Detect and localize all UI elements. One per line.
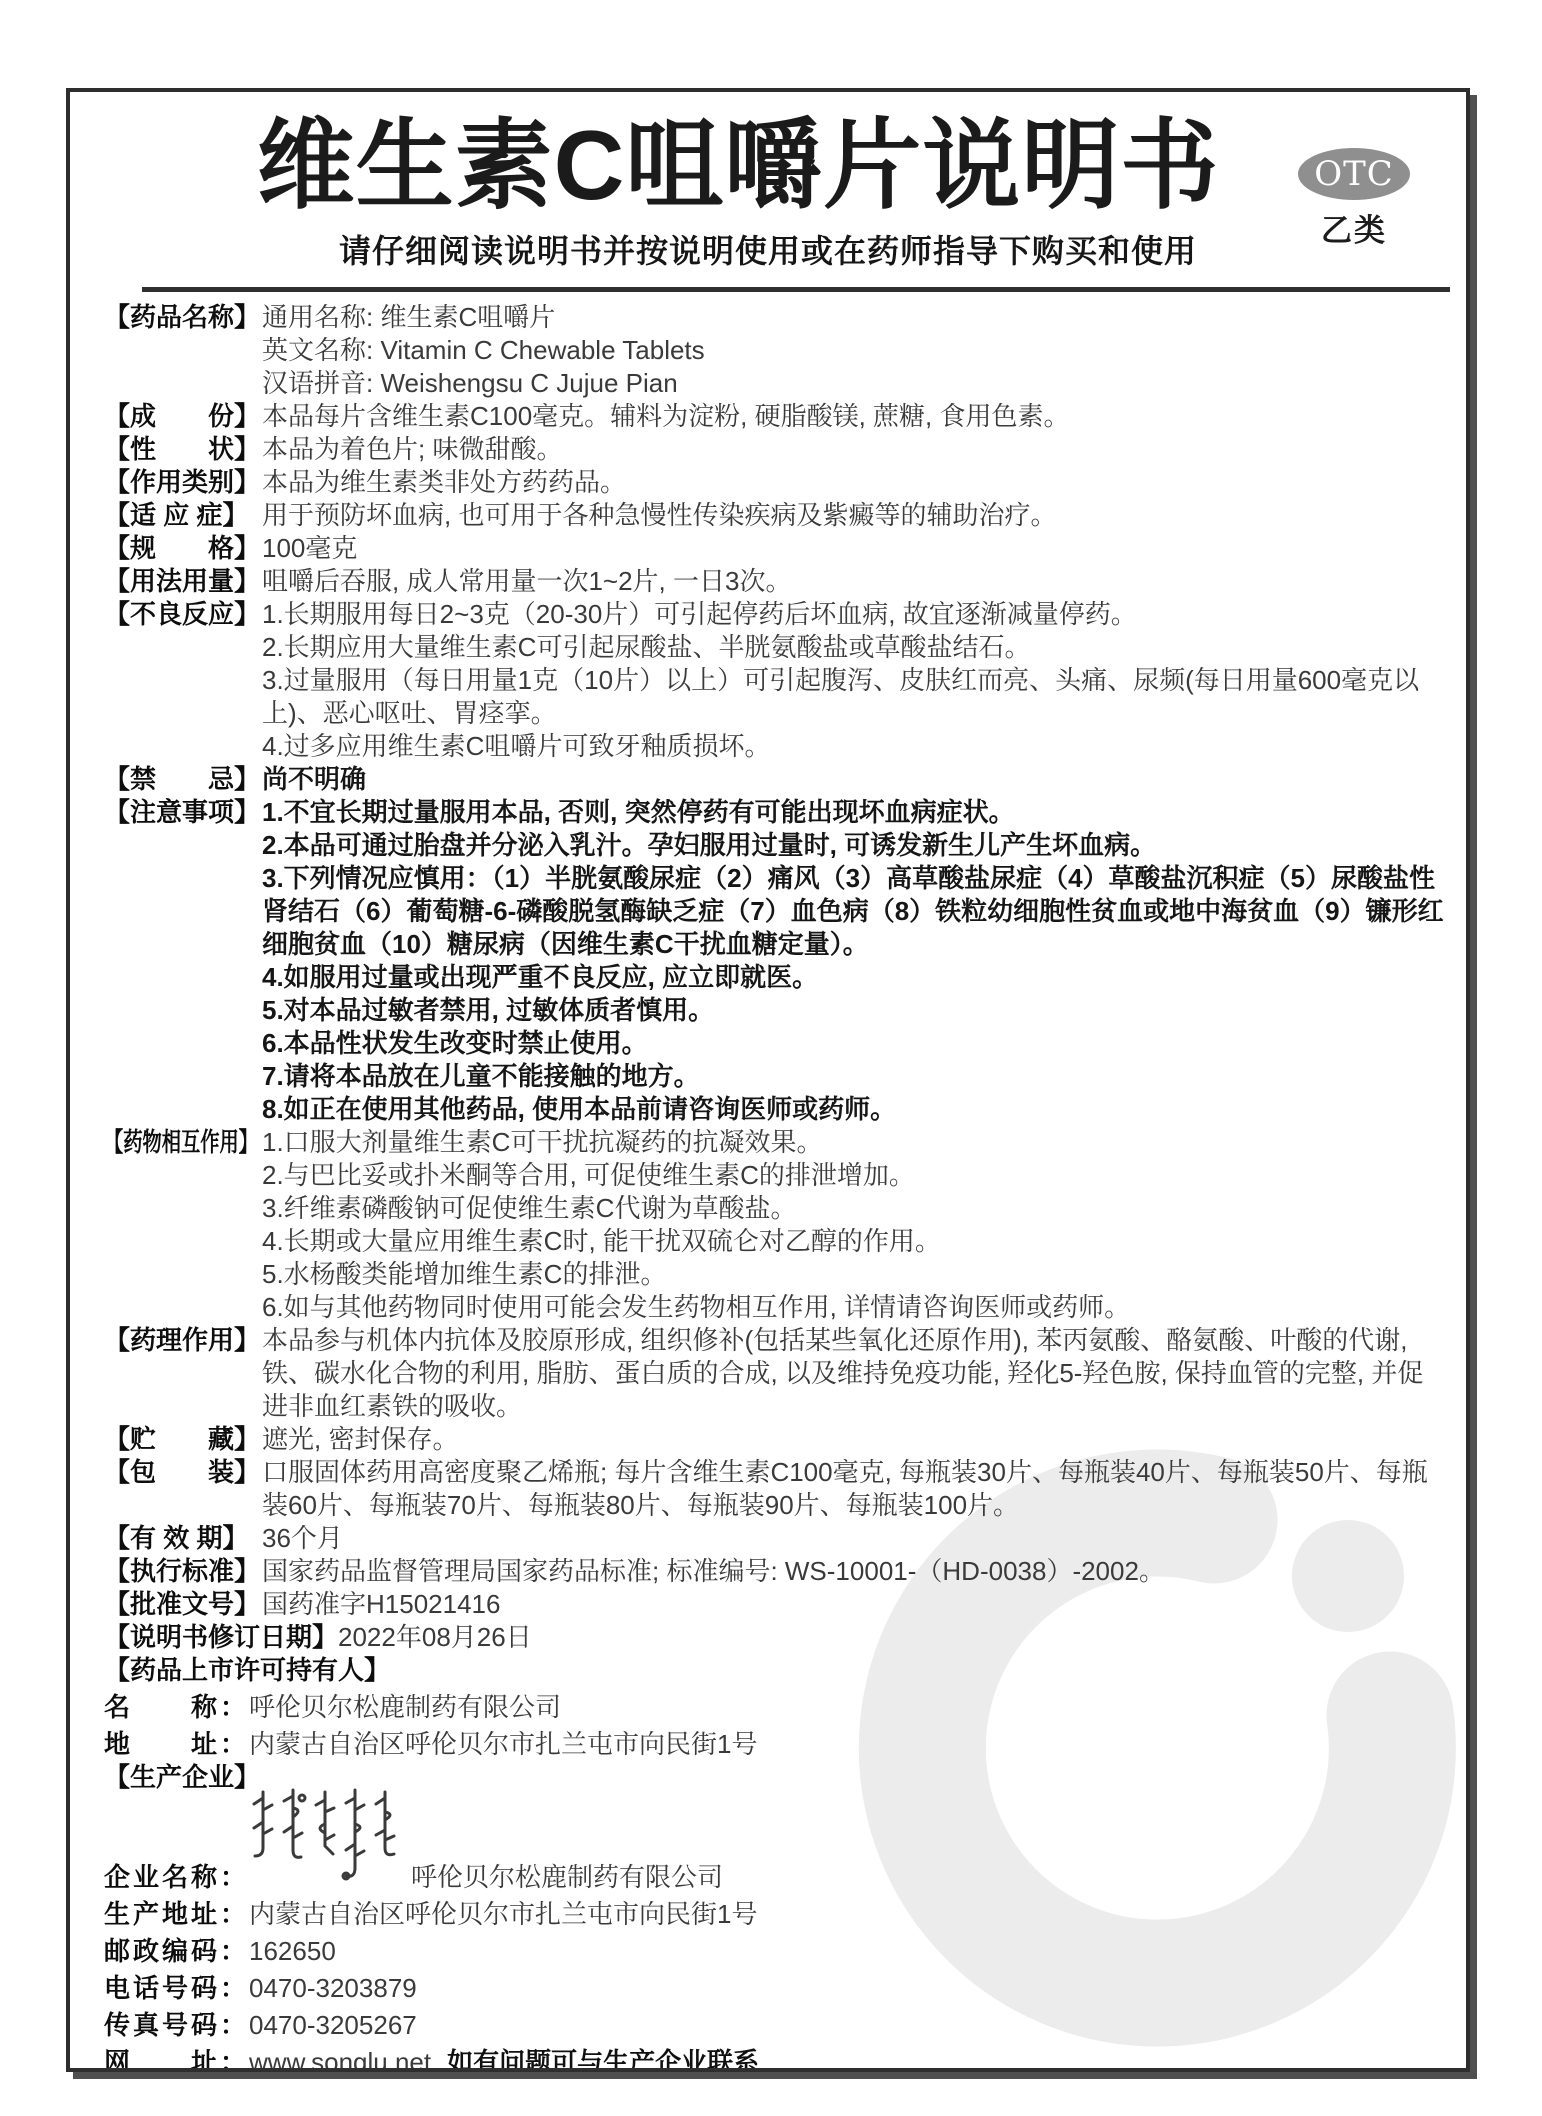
section-row: 【包 装】口服固体药用高密度聚乙烯瓶; 每片含维生素C100毫克, 每瓶装30片… xyxy=(104,1456,1448,1522)
section-content: 36个月 xyxy=(262,1522,1448,1555)
section-line: 6.如与其他药物同时使用可能会发生药物相互作用, 详情请咨询医师或药师。 xyxy=(262,1291,1448,1324)
contact-row: 地 址：内蒙古自治区呼伦贝尔市扎兰屯市向民街1号 xyxy=(104,1728,1448,1761)
section-line: 尚不明确 xyxy=(262,763,1448,796)
section-content: 本品为维生素类非处方药药品。 xyxy=(262,466,1448,499)
otc-class-label: 乙类 xyxy=(1296,205,1412,250)
section-content: 通用名称: 维生素C咀嚼片英文名称: Vitamin C Chewable Ta… xyxy=(262,301,1448,400)
otc-label: OTC xyxy=(1314,154,1394,194)
section-label: 【药品名称】 xyxy=(104,301,262,400)
contact-row: 生产地址：内蒙古自治区呼伦贝尔市扎兰屯市向民街1号 xyxy=(104,1898,1448,1931)
section-line: 100毫克 xyxy=(262,532,1448,565)
sections: 【药品名称】通用名称: 维生素C咀嚼片英文名称: Vitamin C Chewa… xyxy=(70,292,1466,2072)
section-line: 8.如正在使用其他药品, 使用本品前请咨询医师或药师。 xyxy=(262,1093,1448,1126)
section-line: 3.过量服用（每日用量1克（10片）以上）可引起腹泻、皮肤红而亮、头痛、尿频(每… xyxy=(262,664,1448,730)
section-line: 2.与巴比妥或扑米酮等合用, 可促使维生素C的排泄增加。 xyxy=(262,1159,1448,1192)
section-label: 【适 应 症】 xyxy=(104,499,262,532)
section-label: 【规 格】 xyxy=(104,532,262,565)
section-content: 1.不宜长期过量服用本品, 否则, 突然停药有可能出现坏血病症状。2.本品可通过… xyxy=(262,796,1448,1126)
section-line: 1.长期服用每日2~3克（20-30片）可引起停药后坏血病, 故宜逐渐减量停药。 xyxy=(262,598,1448,631)
section-line: 7.请将本品放在儿童不能接触的地方。 xyxy=(262,1060,1448,1093)
section-line: 遮光, 密封保存。 xyxy=(262,1423,1448,1456)
section-label: 【药品上市许可持有人】 xyxy=(104,1655,390,1685)
contact-value: 内蒙古自治区呼伦贝尔市扎兰屯市向民街1号 xyxy=(249,1728,757,1761)
contact-value: 0470-3205267 xyxy=(249,2009,417,2042)
section-row: 【药品名称】通用名称: 维生素C咀嚼片英文名称: Vitamin C Chewa… xyxy=(104,301,1448,400)
contact-label: 企业名称： xyxy=(104,1861,249,1894)
section-heading: 【药品上市许可持有人】 xyxy=(104,1654,1448,1687)
section-line: 3.下列情况应慎用：（1）半胱氨酸尿症（2）痛风（3）高草酸盐尿症（4）草酸盐沉… xyxy=(262,862,1448,961)
contact-label: 邮政编码： xyxy=(104,1935,249,1968)
section-row: 【药理作用】本品参与机体内抗体及胶原形成, 组织修补(包括某些氧化还原作用), … xyxy=(104,1324,1448,1423)
section-line: 本品每片含维生素C100毫克。辅料为淀粉, 硬脂酸镁, 蔗糖, 食用色素。 xyxy=(262,400,1448,433)
subtitle: 请仔细阅读说明书并按说明使用或在药师指导下购买和使用 xyxy=(70,226,1466,272)
section-row: 【贮 藏】遮光, 密封保存。 xyxy=(104,1423,1448,1456)
section-line: 汉语拼音: Weishengsu C Jujue Pian xyxy=(262,367,1448,400)
section-row: 【作用类别】本品为维生素类非处方药药品。 xyxy=(104,466,1448,499)
section-line: 2.长期应用大量维生素C可引起尿酸盐、半胱氨酸盐或草酸盐结石。 xyxy=(262,631,1448,664)
contact-note: 如有问题可与生产企业联系 xyxy=(447,2046,759,2072)
section-line: 国家药品监督管理局国家药品标准; 标准编号: WS-10001-（HD-0038… xyxy=(262,1555,1448,1588)
section-row: 【注意事项】1.不宜长期过量服用本品, 否则, 突然停药有可能出现坏血病症状。2… xyxy=(104,796,1448,1126)
section-label: 【批准文号】 xyxy=(104,1588,262,1621)
section-row: 【规 格】100毫克 xyxy=(104,532,1448,565)
section-content: 1.口服大剂量维生素C可干扰抗凝药的抗凝效果。2.与巴比妥或扑米酮等合用, 可促… xyxy=(262,1126,1448,1324)
contact-row: 邮政编码：162650 xyxy=(104,1935,1448,1968)
section-content: 尚不明确 xyxy=(262,763,1448,796)
section-row: 【用法用量】咀嚼后吞服, 成人常用量一次1~2片, 一日3次。 xyxy=(104,565,1448,598)
section-line: 36个月 xyxy=(262,1522,1448,1555)
contact-row: 名 称：呼伦贝尔松鹿制药有限公司 xyxy=(104,1691,1448,1724)
section-line: 咀嚼后吞服, 成人常用量一次1~2片, 一日3次。 xyxy=(262,565,1448,598)
section-line: 英文名称: Vitamin C Chewable Tablets xyxy=(262,334,1448,367)
section-label: 【包 装】 xyxy=(104,1456,262,1522)
section-content: 1.长期服用每日2~3克（20-30片）可引起停药后坏血病, 故宜逐渐减量停药。… xyxy=(262,598,1448,763)
section-row: 【禁 忌】尚不明确 xyxy=(104,763,1448,796)
section-value: 2022年08月26日 xyxy=(338,1622,532,1652)
section-content: 咀嚼后吞服, 成人常用量一次1~2片, 一日3次。 xyxy=(262,565,1448,598)
contact-label: 地 址： xyxy=(104,1728,249,1761)
contact-row: 电话号码：0470-3203879 xyxy=(104,1972,1448,2005)
section-line: 4.如服用过量或出现严重不良反应, 应立即就医。 xyxy=(262,961,1448,994)
section-content: 口服固体药用高密度聚乙烯瓶; 每片含维生素C100毫克, 每瓶装30片、每瓶装4… xyxy=(262,1456,1448,1522)
contact-value: 内蒙古自治区呼伦贝尔市扎兰屯市向民街1号 xyxy=(249,1898,757,1931)
section-line: 本品参与机体内抗体及胶原形成, 组织修补(包括某些氧化还原作用), 苯丙氨酸、酪… xyxy=(262,1324,1448,1423)
section-label: 【说明书修订日期】 xyxy=(104,1622,338,1652)
contact-value: 0470-3203879 xyxy=(249,1972,417,2005)
page-title: 维生素C咀嚼片说明书 xyxy=(160,114,1316,218)
contact-row: 传真号码：0470-3205267 xyxy=(104,2009,1448,2042)
contact-value: 呼伦贝尔松鹿制药有限公司 xyxy=(249,1691,561,1724)
section-line: 3.纤维素磷酸钠可促使维生素C代谢为草酸盐。 xyxy=(262,1192,1448,1225)
section-row: 【成 份】本品每片含维生素C100毫克。辅料为淀粉, 硬脂酸镁, 蔗糖, 食用色… xyxy=(104,400,1448,433)
section-line: 2.本品可通过胎盘并分泌入乳汁。孕妇服用过量时, 可诱发新生儿产生坏血病。 xyxy=(262,829,1448,862)
contact-label: 传真号码： xyxy=(104,2009,249,2042)
section-line: 1.口服大剂量维生素C可干扰抗凝药的抗凝效果。 xyxy=(262,1126,1448,1159)
section-content: 国药准字H15021416 xyxy=(262,1588,1448,1621)
contact-label: 电话号码： xyxy=(104,1972,249,2005)
section-content: 本品每片含维生素C100毫克。辅料为淀粉, 硬脂酸镁, 蔗糖, 食用色素。 xyxy=(262,400,1448,433)
contact-value: 162650 xyxy=(249,1935,336,1968)
contact-label: 网 址： xyxy=(104,2046,249,2072)
section-label: 【禁 忌】 xyxy=(104,763,262,796)
section-line: 4.长期或大量应用维生素C时, 能干扰双硫仑对乙醇的作用。 xyxy=(262,1225,1448,1258)
section-label: 【贮 藏】 xyxy=(104,1423,262,1456)
section-row: 【适 应 症】用于预防坏血病, 也可用于各种急慢性传染疾病及紫癜等的辅助治疗。 xyxy=(104,499,1448,532)
section-label: 【药理作用】 xyxy=(104,1324,262,1423)
section-line: 本品为着色片; 味微甜酸。 xyxy=(262,433,1448,466)
section-label: 【成 份】 xyxy=(104,400,262,433)
section-row: 【药物相互作用】1.口服大剂量维生素C可干扰抗凝药的抗凝效果。2.与巴比妥或扑米… xyxy=(104,1126,1448,1324)
section-line: 口服固体药用高密度聚乙烯瓶; 每片含维生素C100毫克, 每瓶装30片、每瓶装4… xyxy=(262,1456,1448,1522)
otc-badge: OTC 乙类 xyxy=(1296,148,1412,250)
section-label: 【用法用量】 xyxy=(104,565,262,598)
section-line: 4.过多应用维生素C咀嚼片可致牙釉质损坏。 xyxy=(262,730,1448,763)
section-line: 本品为维生素类非处方药药品。 xyxy=(262,466,1448,499)
section-row: 【批准文号】国药准字H15021416 xyxy=(104,1588,1448,1621)
section-label: 【生产企业】 xyxy=(104,1762,260,1792)
section-inline-row: 【说明书修订日期】2022年08月26日 xyxy=(104,1621,1448,1654)
contact-value: www.songlu.net xyxy=(249,2046,431,2072)
contact-label: 名 称： xyxy=(104,1691,249,1724)
section-content: 本品为着色片; 味微甜酸。 xyxy=(262,433,1448,466)
section-line: 通用名称: 维生素C咀嚼片 xyxy=(262,301,1448,334)
header: 维生素C咀嚼片说明书 OTC 乙类 请仔细阅读说明书并按说明使用或在药师指导下购… xyxy=(70,114,1466,292)
section-row: 【执行标准】国家药品监督管理局国家药品标准; 标准编号: WS-10001-（H… xyxy=(104,1555,1448,1588)
section-label: 【作用类别】 xyxy=(104,466,262,499)
section-content: 用于预防坏血病, 也可用于各种急慢性传染疾病及紫癜等的辅助治疗。 xyxy=(262,499,1448,532)
section-label: 【有 效 期】 xyxy=(104,1522,262,1555)
section-row: 【不良反应】1.长期服用每日2~3克（20-30片）可引起停药后坏血病, 故宜逐… xyxy=(104,598,1448,763)
section-row: 【有 效 期】36个月 xyxy=(104,1522,1448,1555)
section-line: 5.对本品过敏者禁用, 过敏体质者慎用。 xyxy=(262,994,1448,1027)
section-label: 【执行标准】 xyxy=(104,1555,262,1588)
section-line: 1.不宜长期过量服用本品, 否则, 突然停药有可能出现坏血病症状。 xyxy=(262,796,1448,829)
section-label: 【性 状】 xyxy=(104,433,262,466)
section-line: 国药准字H15021416 xyxy=(262,1588,1448,1621)
section-content: 100毫克 xyxy=(262,532,1448,565)
page: { "header": { "title": "维生素C咀嚼片说明书", "ot… xyxy=(0,0,1542,2116)
section-label: 【注意事项】 xyxy=(104,796,262,1126)
section-label: 【药物相互作用】 xyxy=(104,1126,221,1324)
section-line: 用于预防坏血病, 也可用于各种急慢性传染疾病及紫癜等的辅助治疗。 xyxy=(262,499,1448,532)
mongolian-script-icon xyxy=(249,1786,401,1886)
leaflet-sheet: 维生素C咀嚼片说明书 OTC 乙类 请仔细阅读说明书并按说明使用或在药师指导下购… xyxy=(66,88,1470,2072)
section-content: 遮光, 密封保存。 xyxy=(262,1423,1448,1456)
section-content: 本品参与机体内抗体及胶原形成, 组织修补(包括某些氧化还原作用), 苯丙氨酸、酪… xyxy=(262,1324,1448,1423)
section-row: 【性 状】本品为着色片; 味微甜酸。 xyxy=(104,433,1448,466)
otc-ellipse-icon: OTC xyxy=(1298,148,1410,200)
section-content: 国家药品监督管理局国家药品标准; 标准编号: WS-10001-（HD-0038… xyxy=(262,1555,1448,1588)
contact-label: 生产地址： xyxy=(104,1898,249,1931)
section-line: 5.水杨酸类能增加维生素C的排泄。 xyxy=(262,1258,1448,1291)
section-line: 6.本品性状发生改变时禁止使用。 xyxy=(262,1027,1448,1060)
section-label: 【不良反应】 xyxy=(104,598,262,763)
contact-row: 网 址：www.songlu.net如有问题可与生产企业联系 xyxy=(104,2046,1448,2072)
contact-value: 呼伦贝尔松鹿制药有限公司 xyxy=(411,1861,723,1894)
contact-row: 企业名称：呼伦贝尔松鹿制药有限公司 xyxy=(104,1798,1448,1894)
